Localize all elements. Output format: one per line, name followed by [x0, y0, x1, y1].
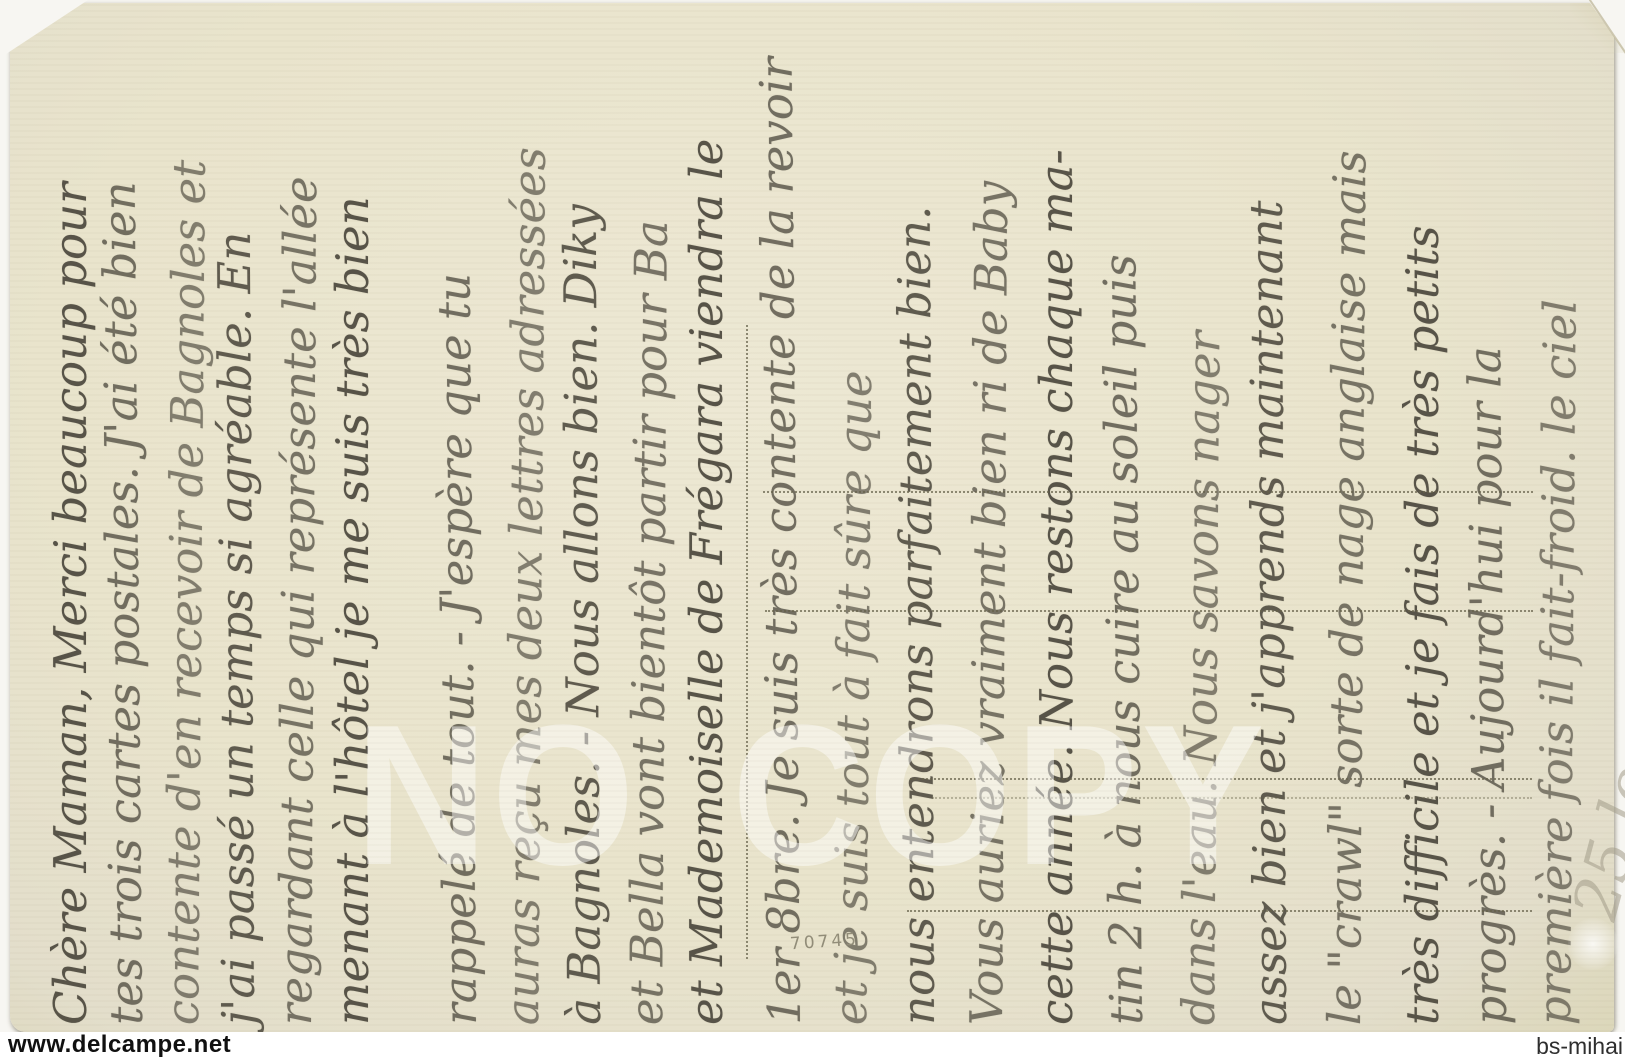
message-line: et Bella vont bientôt partir pour Ba: [624, 13, 676, 1025]
message-line: nous entendrons parfaitement bien.: [891, 13, 942, 1025]
message-line: rappelé de tout. - J'espère que tu: [429, 13, 484, 1025]
message-line: Chère Maman, Merci beaucoup pour: [48, 13, 94, 1025]
message-line: progrès. - Aujourd'hui pour la: [1459, 13, 1514, 1025]
address-dotted-line-1: [763, 491, 1533, 493]
delcampe-watermark: www.delcampe.net: [8, 1031, 231, 1058]
message-line: Vous auriez vraiment bien ri de Baby: [964, 13, 1016, 1025]
scanned-postcard-image: Chère Maman, Merci beaucoup pourtes troi…: [0, 0, 1625, 1058]
seller-watermark: bs-mihai: [1536, 1033, 1623, 1058]
handwritten-message: Chère Maman, Merci beaucoup pourtes troi…: [10, 3, 1614, 1032]
message-line: auras reçu mes deux lettres adressées: [500, 13, 554, 1025]
divider-dotted-line: [746, 325, 748, 959]
scan-bottom-strip: [0, 1032, 1625, 1058]
message-line: tes trois cartes postales. J'ai été bien: [95, 13, 150, 1025]
message-line: regardant celle qui représente l'allée: [273, 13, 325, 1025]
message-line: à Bagnoles. - Nous allons bien. Diky: [557, 13, 608, 1025]
message-line: et je suis tout à fait sûre que: [828, 13, 882, 1025]
message-line: dans l'eau. Nous savons nager: [1176, 13, 1230, 1025]
message-line: le "crawl" sorte de nage anglaise mais: [1322, 13, 1374, 1025]
message-line: menant à l'hôtel je me suis très bien: [330, 13, 376, 1025]
address-dotted-line-3: [910, 778, 1532, 780]
message-line: assez bien et j'apprends maintenant: [1243, 13, 1294, 1025]
address-dotted-line-2: [765, 610, 1533, 612]
message-line: cette année. Nous restons chaque ma-: [1034, 13, 1080, 1025]
paper-smudge: [1568, 918, 1618, 970]
message-line: contente d'en recevoir de Bagnoles et: [160, 13, 214, 1025]
postcard-back: Chère Maman, Merci beaucoup pourtes troi…: [10, 3, 1614, 1032]
message-line: et Mademoiselle de Frégara viendra le: [684, 13, 730, 1025]
message-line: j'ai passé un temps si agréable. En: [211, 13, 262, 1025]
message-line: 1er 8bre. Je suis très contente de la re…: [753, 13, 808, 1025]
address-dotted-line-4: [932, 797, 1532, 799]
message-line: tin 2 h. à nous cuire au soleil puis: [1095, 13, 1150, 1025]
message-line: très difficile et je fais de très petits: [1400, 13, 1446, 1025]
address-dotted-line-5: [907, 910, 1532, 912]
